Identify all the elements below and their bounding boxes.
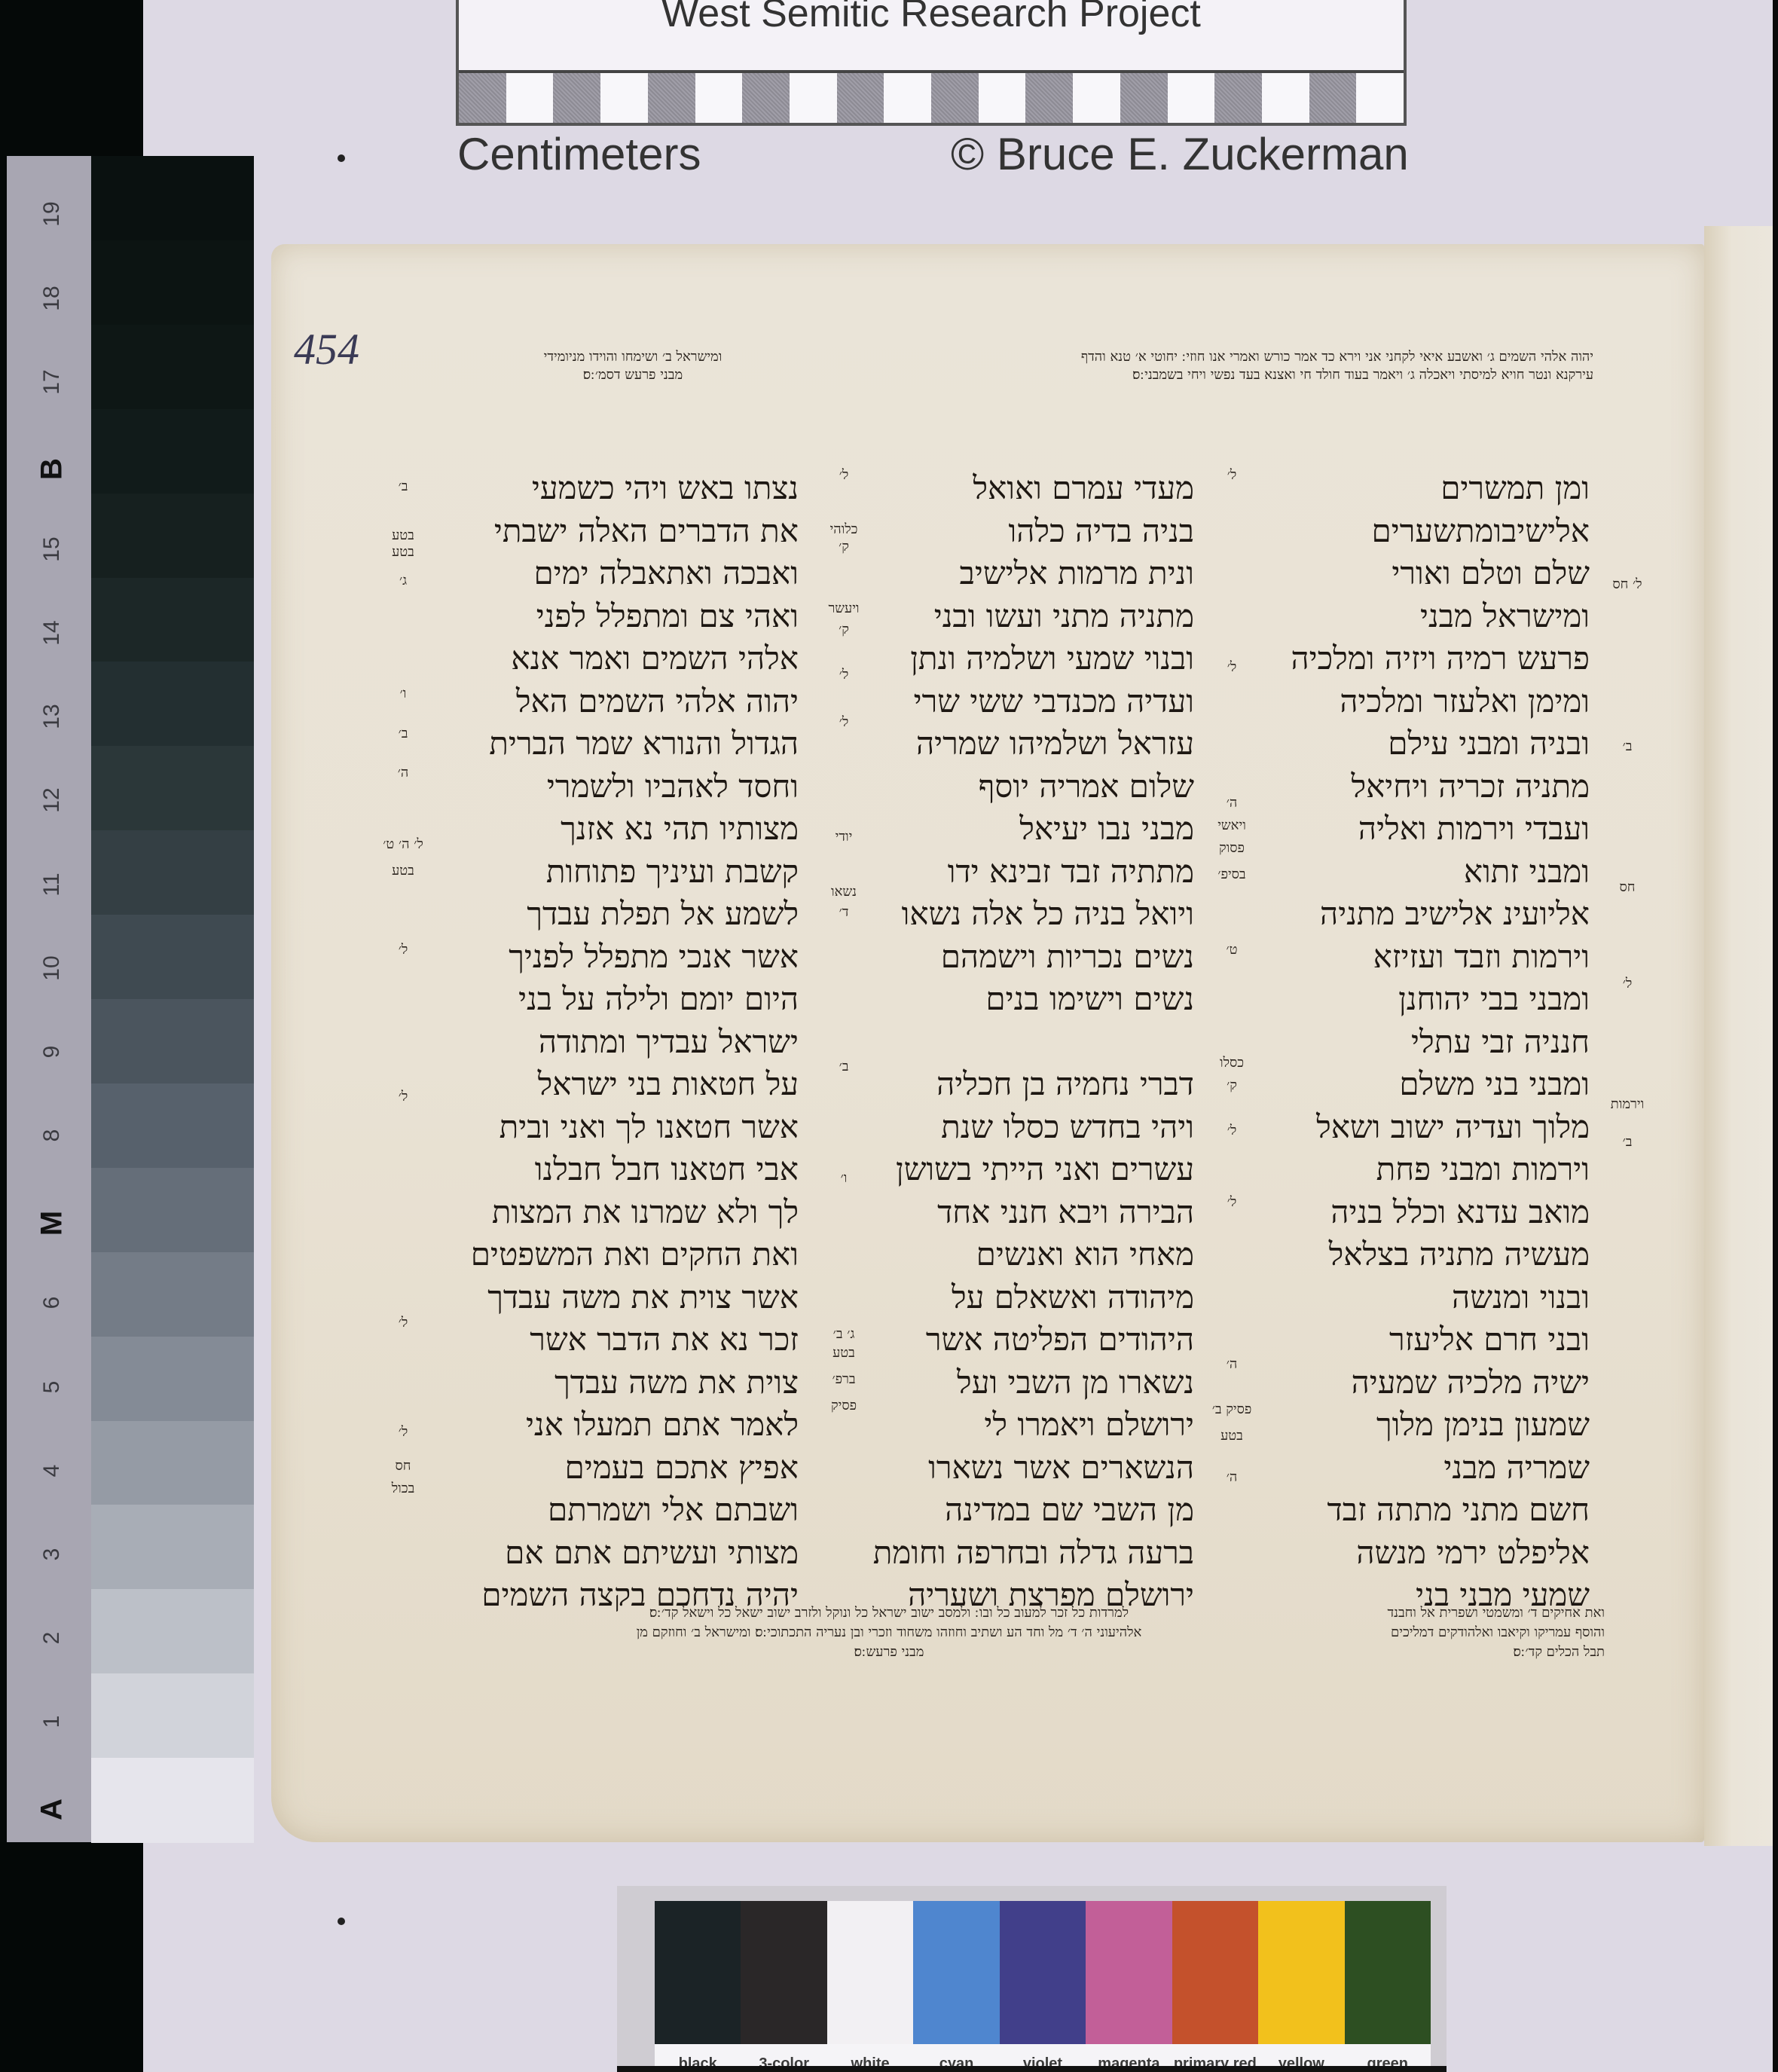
text-line: מצותי ועשיתם אתם אם [475, 1532, 799, 1575]
text-line: אליועינ אלישיב מתניה [1281, 893, 1590, 936]
ruler-label-lane: 191817B15141312111098M654321A [7, 156, 91, 1842]
text-line: ובנוי ומנשה [1281, 1276, 1590, 1319]
margin-note: ל׳ [817, 667, 870, 683]
ruler-label: 4 [39, 1448, 65, 1493]
text-line: יהוה אלהי השמים האל [475, 680, 799, 723]
text-line: חנניה זבי עתלי [1281, 1021, 1590, 1064]
ruler-label: 11 [39, 862, 65, 907]
margin-note: ל׳ [1202, 659, 1262, 676]
header-masora-right: יהוה אלהי השמים ג׳ ואשבע איאי לקחני אני … [912, 348, 1593, 384]
text-line: ברעה גדלה ובחרפה וחומת [878, 1532, 1194, 1575]
text-line: ומבני זתוא [1281, 851, 1590, 894]
text-column-right: ומן תמשריםאלישיבומתשעריםשלם וטלם ואוריומ… [1281, 467, 1590, 1617]
text-line: אפיץ אתכם בעמים [475, 1447, 799, 1490]
text-line: ובניה ומבני עילם [1281, 723, 1590, 766]
text-line: ומימן ואלעזר ומלכיה [1281, 680, 1590, 723]
margin-note: כסלו [1202, 1055, 1262, 1071]
color-patch-3-color: 3-color [741, 1901, 826, 2044]
gray-step [91, 915, 254, 1000]
margin-note: ב׳ [369, 478, 437, 495]
text-line: מבני נבו יעיאל [878, 808, 1194, 851]
text-line: אלישיבומתשערים [1281, 510, 1590, 553]
text-line: אשר אנכי מתפלל לפניך [475, 936, 799, 979]
margin-note: ל׳ [1202, 467, 1262, 484]
text-line: מתניה זכריה ויחיאל [1281, 766, 1590, 808]
color-patch-green: green [1345, 1901, 1431, 2044]
footer-masora-left: למרדות כל זכר למעוב כל ובו ׃ ולמסב ישוב … [467, 1603, 1311, 1662]
margin-note: ל׳ חס [1601, 576, 1654, 593]
color-patch-black: black [655, 1901, 741, 2044]
gray-step [91, 1673, 254, 1759]
margin-note: נשאו [817, 884, 870, 900]
margin-note: ל׳ [817, 714, 870, 731]
text-line: הנשארים אשר נשארו [878, 1447, 1194, 1490]
text-line: וחסד לאהביו ולשמרי [475, 766, 799, 808]
text-line: אלהי השמים ואמר אנא [475, 637, 799, 680]
margin-note: וירמות [1601, 1096, 1654, 1113]
text-line: מן השבי שם במדינה [878, 1489, 1194, 1532]
folio-number: 454 [294, 324, 359, 374]
centimeter-scale-card: West Semitic Research Project [456, 0, 1407, 126]
text-line: מלוך ועדיה ישוב ושאל [1281, 1106, 1590, 1149]
text-line: מתניה מתני ועשו ובני [878, 595, 1194, 638]
text-line: עשרים ואני הייתי בשושן [878, 1148, 1194, 1191]
checker-cell [1025, 73, 1073, 123]
text-line: הבירה ויבא חנני אחד [878, 1191, 1194, 1234]
margin-note: בכול [369, 1481, 437, 1497]
checker-cell [1309, 73, 1357, 123]
gray-step-lane [91, 156, 254, 1842]
text-line: ישראל עבדיך ומתודה [475, 1021, 799, 1064]
ruler-label: 17 [39, 359, 65, 405]
right-black-backdrop [1773, 0, 1778, 2072]
reference-dot [338, 154, 345, 162]
margin-note: ה׳ [1202, 1469, 1262, 1486]
margin-note: בטע [1202, 1428, 1262, 1444]
color-patch-magenta: magenta [1086, 1901, 1172, 2044]
header-masora-left: ומישראל ב׳ ושימחו והוידו מניומידי מבני פ… [493, 348, 772, 384]
text-line: אשר חטאנו לך ואני ובית [475, 1106, 799, 1149]
margin-note: ל׳ [369, 942, 437, 958]
gray-step [91, 409, 254, 494]
checker-cell [1214, 73, 1262, 123]
text-line: נשארו מן השבי ועל [878, 1361, 1194, 1404]
checker-cell [600, 73, 648, 123]
text-line: ויהי בחדש כסלו שנת [878, 1106, 1194, 1149]
text-line: אליפלט ירמי מנשה [1281, 1532, 1590, 1575]
text-line: ומישראל מבני [1281, 595, 1590, 638]
text-line: וירמות ומבני פחת [1281, 1148, 1590, 1191]
text-line: מאחי הוא ואנשים [878, 1233, 1194, 1276]
checker-cell [459, 73, 506, 123]
gray-step [91, 240, 254, 325]
margin-note: ד׳ [817, 904, 870, 921]
margin-note: ל׳ [369, 1089, 437, 1105]
gray-step [91, 1083, 254, 1169]
text-line: לשמע אל תפלת עבדך [475, 893, 799, 936]
ruler-label: 5 [39, 1365, 65, 1410]
text-line: ושבתם אלי ושמרתם [475, 1489, 799, 1532]
margin-note: בטע [369, 544, 437, 561]
gray-step [91, 1252, 254, 1337]
text-line: שלם וטלם ואורי [1281, 552, 1590, 595]
text-line: הגדול והנורא שמר הברית [475, 723, 799, 766]
text-line: ואבכה ואתאבלה ימים [475, 552, 799, 595]
checker-cell [648, 73, 695, 123]
checker-cell [884, 73, 931, 123]
text-line: דברי נחמיה בן חכליה [878, 1063, 1194, 1106]
text-line [878, 1021, 1194, 1064]
project-title: West Semitic Research Project [459, 0, 1404, 36]
ruler-label: A [35, 1787, 69, 1832]
gray-step [91, 1421, 254, 1506]
reference-dot [338, 1918, 345, 1925]
gray-step [91, 1168, 254, 1253]
text-line: ומן תמשרים [1281, 467, 1590, 510]
gray-step [91, 494, 254, 579]
text-line: שלום אמריה יוסף [878, 766, 1194, 808]
text-line: אבי חטאנו חבל חבלנו [475, 1148, 799, 1191]
ruler-label: 15 [39, 527, 65, 572]
checker-cell [695, 73, 743, 123]
margin-note: ל׳ ה׳ ט׳ [369, 836, 437, 853]
text-line: צוית את משה עבדך [475, 1361, 799, 1404]
text-line: ועדיה מכנדבי ששי שרי [878, 680, 1194, 723]
margin-note: ויאשי [1202, 817, 1262, 834]
text-line: ואת החקים ואת המשפטים [475, 1233, 799, 1276]
text-line: ומבני בבי יהוחנן [1281, 978, 1590, 1021]
margin-note: ה׳ [369, 765, 437, 781]
margin-note: יודי [817, 829, 870, 845]
checker-cell [1120, 73, 1168, 123]
text-line: מואב עדנא וכלל בניה [1281, 1191, 1590, 1234]
margin-note: ב׳ [369, 726, 437, 742]
margin-note: חס [1601, 879, 1654, 896]
text-line: מתתיה זבד זבינא ידו [878, 851, 1194, 894]
copyright-label: © Bruce E. Zuckerman [951, 128, 1409, 180]
text-line: ירושלם ויאמרו לי [878, 1404, 1194, 1447]
ruler-label: 10 [39, 946, 65, 991]
margin-note: ק׳ [817, 539, 870, 555]
ruler-label: 14 [39, 610, 65, 656]
centimeter-checker-bar [459, 70, 1404, 123]
text-line: מעשיה מתניה בצלאל [1281, 1233, 1590, 1276]
gray-step [91, 999, 254, 1084]
margin-note: ה׳ [1202, 795, 1262, 811]
text-line: מיהודה ואשאלם על [878, 1276, 1194, 1319]
text-line: נשים נכריות וישמהם [878, 936, 1194, 979]
checker-cell [931, 73, 979, 123]
gray-step [91, 325, 254, 410]
text-line: ישיה מלכיה שמעיה [1281, 1361, 1590, 1404]
ruler-label: 9 [39, 1029, 65, 1074]
margin-note: ל׳ [1202, 1123, 1262, 1139]
text-line: קשבת ועיניך פתוחות [475, 851, 799, 894]
gray-scale-ruler: 191817B15141312111098M654321A [7, 156, 254, 1842]
margin-note: פסיק [817, 1398, 870, 1414]
margin-note: ל׳ [1202, 1194, 1262, 1211]
margin-note: חס [369, 1458, 437, 1475]
text-line: לאמר אתם תמעלו אני [475, 1404, 799, 1447]
margin-note: ק׳ [1202, 1077, 1262, 1094]
color-calibration-chart: black3-colorwhitecyanvioletmagentaprimar… [617, 1886, 1447, 2072]
checker-cell [790, 73, 837, 123]
margin-note: ל׳ [369, 1315, 437, 1331]
margin-note: ל׳ [1601, 976, 1654, 992]
text-line: נשים וישימו בנים [878, 978, 1194, 1021]
gray-step [91, 830, 254, 915]
checker-cell [506, 73, 554, 123]
margin-note: ו׳ [817, 1170, 870, 1187]
gray-step [91, 156, 254, 241]
margin-note: ב׳ [817, 1059, 870, 1075]
margin-note: ויעשר [817, 601, 870, 617]
text-line: עזראל ושלמיהו שמריה [878, 723, 1194, 766]
gray-step [91, 1758, 254, 1843]
checker-cell [553, 73, 600, 123]
gray-step [91, 1505, 254, 1590]
margin-note: כלוהי [817, 521, 870, 538]
margin-note: ק׳ [817, 622, 870, 638]
ruler-label: 18 [39, 276, 65, 321]
margin-note: ב׳ [1601, 738, 1654, 755]
margin-note: בסיפ׳ [1202, 866, 1262, 883]
text-line: אשר צוית את משה עבדך [475, 1276, 799, 1319]
footer-masora-right: ואת אחיקים ד׳ ומשמטי ושפרית אל וחבנד והו… [1273, 1603, 1605, 1662]
margin-note: בטע [369, 863, 437, 879]
checker-cell [837, 73, 884, 123]
margin-note: ל׳ [817, 467, 870, 484]
text-line: נצתו באש ויהי כשמעי [475, 467, 799, 510]
gray-step [91, 662, 254, 747]
ruler-label: 2 [39, 1615, 65, 1661]
margin-note: בטע [817, 1345, 870, 1361]
text-line: ואהי צם ומתפלל לפני [475, 595, 799, 638]
text-line: זכר נא את הדבר אשר [475, 1319, 799, 1361]
ruler-label: 8 [39, 1113, 65, 1158]
text-line: מעדי עמרם ואואל [878, 467, 1194, 510]
text-line: חשם מתני מתתה זבד [1281, 1489, 1590, 1532]
ruler-label: 3 [39, 1532, 65, 1577]
ruler-label: 19 [39, 191, 65, 237]
color-patch-white: white [827, 1901, 913, 2044]
text-line: לך ולא שמרנו את המצות [475, 1191, 799, 1234]
margin-note: ה׳ [1202, 1356, 1262, 1373]
ruler-label: B [35, 447, 69, 492]
gray-step [91, 1337, 254, 1422]
margin-note: בטע [369, 527, 437, 544]
color-patch-primary-red: primary red [1172, 1901, 1258, 2044]
text-column-left: נצתו באש ויהי כשמעיאת הדברים האלה ישבתיו… [475, 467, 799, 1617]
color-patch-yellow: yellow [1258, 1901, 1344, 2044]
text-column-middle: מעדי עמרם ואואלבניה בדיה כלהוונית מרמות … [878, 467, 1194, 1617]
margin-note: ו׳ [369, 686, 437, 702]
text-line: ויואל בניה כל אלה נשאו [878, 893, 1194, 936]
checker-cell [979, 73, 1026, 123]
text-line: ובני חרם אליעזר [1281, 1319, 1590, 1361]
text-line: היום יומם ולילה על בני [475, 978, 799, 1021]
margin-note: ב׳ [1601, 1134, 1654, 1151]
ruler-label: 1 [39, 1699, 65, 1744]
checker-cell [1356, 73, 1404, 123]
margin-note: ג׳ [369, 573, 437, 589]
ruler-label: 12 [39, 778, 65, 823]
text-line: שמעון בנימן מלוך [1281, 1404, 1590, 1447]
margin-note: ט׳ [1202, 942, 1262, 958]
text-line: ומבני בני משלם [1281, 1063, 1590, 1106]
text-line: היהודים הפליטה אשר [878, 1319, 1194, 1361]
margin-note: ל׳ [369, 1424, 437, 1441]
gray-step [91, 1589, 254, 1674]
text-line: מצותיו תהי נא אזנך [475, 808, 799, 851]
text-line: ובנוי שמעי ושלמיה ונתן [878, 637, 1194, 680]
checker-cell [1262, 73, 1309, 123]
checker-cell [1073, 73, 1120, 123]
text-line: וירמות וזבד ועזיזא [1281, 936, 1590, 979]
color-patch-violet: violet [1000, 1901, 1086, 2044]
text-line: שמריה מבני [1281, 1447, 1590, 1490]
margin-note: פסיק ב׳ [1202, 1401, 1262, 1418]
margin-note: פסוק [1202, 840, 1262, 857]
checker-cell [1168, 73, 1215, 123]
text-line: ועבדי וירמות ואליה [1281, 808, 1590, 851]
text-line: בניה בדיה כלהו [878, 510, 1194, 553]
color-patch-cyan: cyan [913, 1901, 999, 2044]
margin-note: ברפ׳ [817, 1371, 870, 1388]
ruler-label: 13 [39, 694, 65, 739]
gray-step [91, 578, 254, 663]
text-line: ונית מרמות אלישיב [878, 552, 1194, 595]
units-label: Centimeters [457, 128, 701, 180]
ruler-label: M [35, 1201, 69, 1246]
color-patches: black3-colorwhitecyanvioletmagentaprimar… [655, 1901, 1431, 2044]
checker-cell [742, 73, 790, 123]
text-line: פרעש רמיה ויזיה ומלכיה [1281, 637, 1590, 680]
facing-page-edge [1704, 226, 1773, 1846]
gray-step [91, 746, 254, 831]
margin-note: ג׳ ב׳ [817, 1326, 870, 1343]
ruler-label: 6 [39, 1280, 65, 1325]
text-line: על חטאות בני ישראל [475, 1063, 799, 1106]
text-line: את הדברים האלה ישבתי [475, 510, 799, 553]
